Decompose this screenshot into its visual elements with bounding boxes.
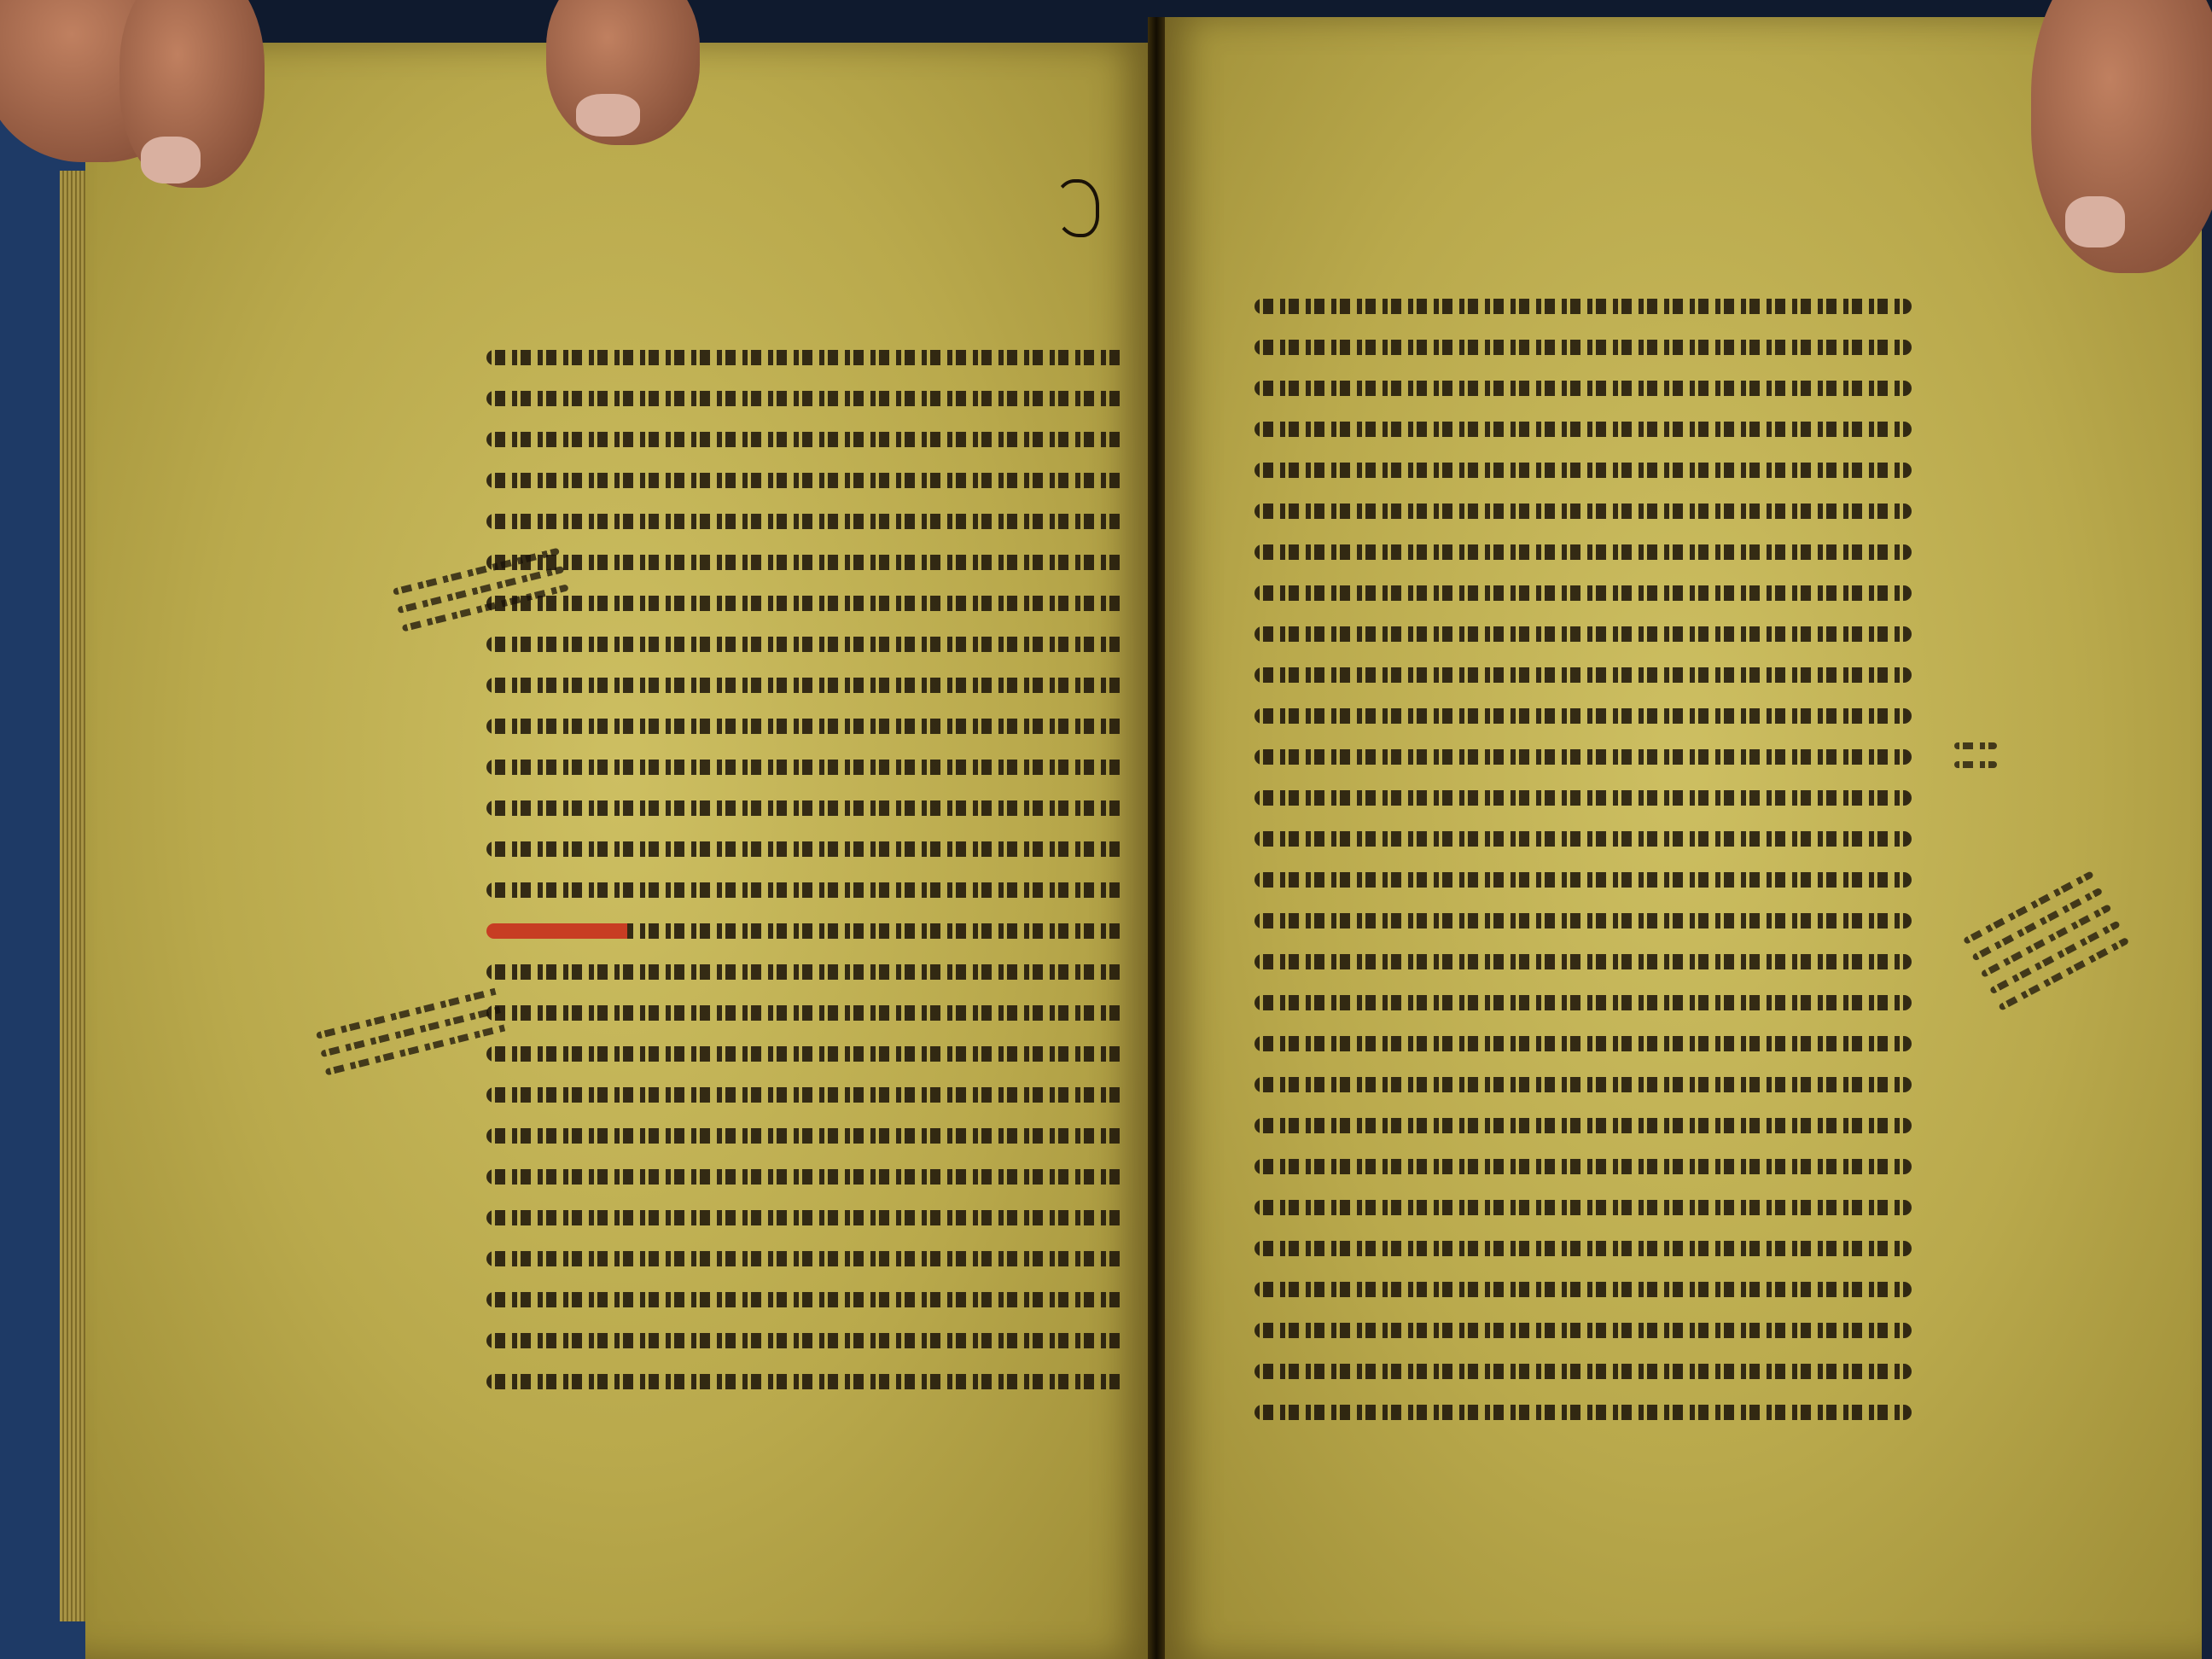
text-line — [486, 841, 1126, 857]
text-line — [1254, 831, 1912, 847]
text-line — [486, 555, 1126, 570]
thumbnail — [141, 137, 201, 183]
text-line — [486, 350, 1126, 365]
text-line — [486, 1251, 1126, 1266]
text-line — [486, 1046, 1126, 1062]
text-line — [1254, 463, 1912, 478]
text-line — [1254, 1364, 1912, 1379]
text-line — [1254, 299, 1912, 314]
text-line — [1254, 544, 1912, 560]
text-line — [1254, 1036, 1912, 1051]
book-gutter — [1148, 17, 1165, 1659]
left-page: Left page — [85, 43, 1152, 1659]
text-line — [1254, 1282, 1912, 1297]
rubricated-text-line — [486, 923, 1126, 939]
text-line — [1254, 626, 1912, 642]
fingernail — [2065, 196, 2125, 247]
text-line — [486, 1333, 1126, 1348]
marginal-note — [1954, 742, 1997, 780]
text-line — [1254, 1405, 1912, 1420]
text-line — [1254, 340, 1912, 355]
text-line — [1254, 1323, 1912, 1338]
text-line — [1254, 1241, 1912, 1256]
text-line — [486, 1210, 1126, 1225]
text-line — [486, 1374, 1126, 1389]
text-line — [486, 760, 1126, 775]
text-line — [1254, 1077, 1912, 1092]
text-line — [486, 964, 1126, 980]
text-line — [486, 1169, 1126, 1185]
right-page-text-block — [1254, 299, 1912, 1446]
text-line — [486, 391, 1126, 406]
marginal-note — [1963, 870, 2135, 1022]
text-line — [1254, 790, 1912, 806]
text-line — [1254, 585, 1912, 601]
open-manuscript: Left page — [85, 17, 2202, 1659]
text-line — [486, 1005, 1126, 1021]
text-line — [486, 719, 1126, 734]
text-line — [1254, 381, 1912, 396]
text-line — [486, 596, 1126, 611]
text-line — [1254, 749, 1912, 765]
text-line — [486, 514, 1126, 529]
marginal-note — [316, 987, 511, 1087]
text-line — [486, 800, 1126, 816]
text-line — [486, 678, 1126, 693]
text-line — [1254, 667, 1912, 683]
left-page-text-block — [486, 350, 1126, 1415]
text-line — [1254, 1200, 1912, 1215]
text-line — [1254, 913, 1912, 928]
text-line — [486, 473, 1126, 488]
right-page: Right page — [1161, 17, 2202, 1659]
text-line — [486, 1128, 1126, 1144]
text-line — [1254, 872, 1912, 888]
text-line — [1254, 954, 1912, 969]
text-line — [1254, 1159, 1912, 1174]
text-line — [486, 432, 1126, 447]
text-line — [486, 882, 1126, 898]
text-line — [1254, 422, 1912, 437]
text-line — [1254, 504, 1912, 519]
text-line — [1254, 708, 1912, 724]
text-line — [1254, 995, 1912, 1010]
text-line — [486, 1087, 1126, 1103]
text-line — [486, 1292, 1126, 1307]
text-line — [486, 637, 1126, 652]
fingernail — [576, 94, 640, 137]
text-line — [1254, 1118, 1912, 1133]
